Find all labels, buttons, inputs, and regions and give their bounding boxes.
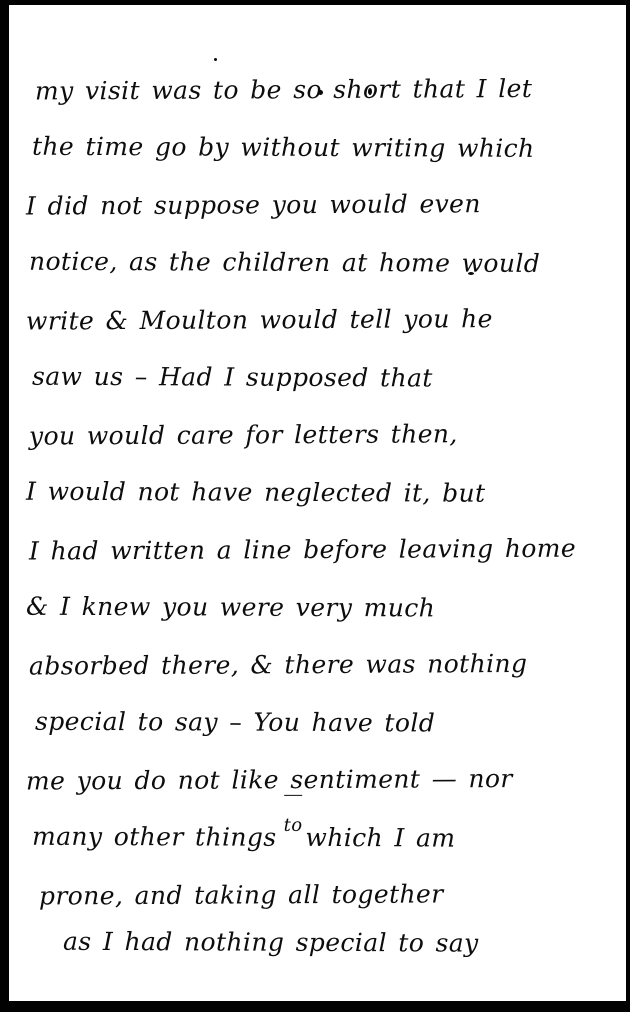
interlinear-insertion: to — [283, 794, 302, 854]
ink-speck — [368, 88, 372, 95]
line-text: & I knew you were very much — [26, 591, 435, 622]
line-text: you would care for letters then, — [29, 419, 458, 450]
handwritten-line-11: absorbed there, & there was nothing — [29, 634, 620, 695]
line-text: many other things — [32, 821, 277, 851]
scanned-letter-page: my visit was to be so short that I let t… — [0, 0, 630, 1012]
line-text: I did not suppose you would even — [26, 189, 481, 220]
ink-speck — [318, 90, 323, 95]
handwritten-line-2: the time go by without writing which — [32, 117, 620, 177]
handwritten-line-13: me you do not like sentiment — nor — [26, 749, 620, 810]
line-text: I had written a line before leaving home — [29, 534, 576, 566]
handwritten-line-10: & I knew you were very much — [26, 577, 620, 637]
line-text: my visit was to be so short that I let — [35, 74, 532, 106]
ink-speck — [468, 272, 474, 275]
line-text: absorbed there, & there was nothing — [29, 649, 528, 681]
line-text: which I am — [305, 822, 455, 852]
line-text: as I had nothing special to say — [63, 926, 479, 957]
line-text: special to say – You have told — [35, 706, 435, 737]
scan-border-right — [626, 0, 630, 1012]
line-text: notice, as the children at home would — [29, 246, 540, 277]
ink-speck — [214, 58, 217, 61]
scan-border-bottom — [0, 1001, 630, 1012]
handwritten-line-4: notice, as the children at home would — [29, 232, 620, 292]
handwritten-line-14: many other thingstowhich I am — [32, 807, 620, 867]
handwritten-line-6: saw us – Had I supposed that — [32, 347, 620, 407]
letter-paper: my visit was to be so short that I let t… — [9, 5, 626, 1001]
handwritten-line-7: you would care for letters then, — [29, 404, 620, 465]
handwritten-line-5: write & Moulton would tell you he — [26, 289, 620, 350]
handwritten-line-3: I did not suppose you would even — [26, 174, 620, 235]
line-text: prone, and taking all together — [39, 879, 444, 910]
handwritten-line-8: I would not have neglected it, but — [26, 462, 620, 522]
line-text: me you do not like sentiment — nor — [26, 764, 513, 796]
line-text: write & Moulton would tell you he — [26, 304, 493, 335]
handwritten-line-9: I had written a line before leaving home — [29, 519, 620, 580]
line-text: saw us – Had I supposed that — [32, 361, 433, 392]
scan-border-left — [0, 0, 9, 1012]
handwritten-line-1: my visit was to be so short that I let — [35, 59, 620, 120]
line-text: I would not have neglected it, but — [26, 476, 486, 507]
line-text: the time go by without writing which — [32, 131, 535, 162]
scan-border-top — [0, 0, 630, 5]
handwritten-line-12: special to say – You have told — [35, 692, 620, 752]
handwritten-line-16: as I had nothing special to say — [63, 912, 620, 972]
